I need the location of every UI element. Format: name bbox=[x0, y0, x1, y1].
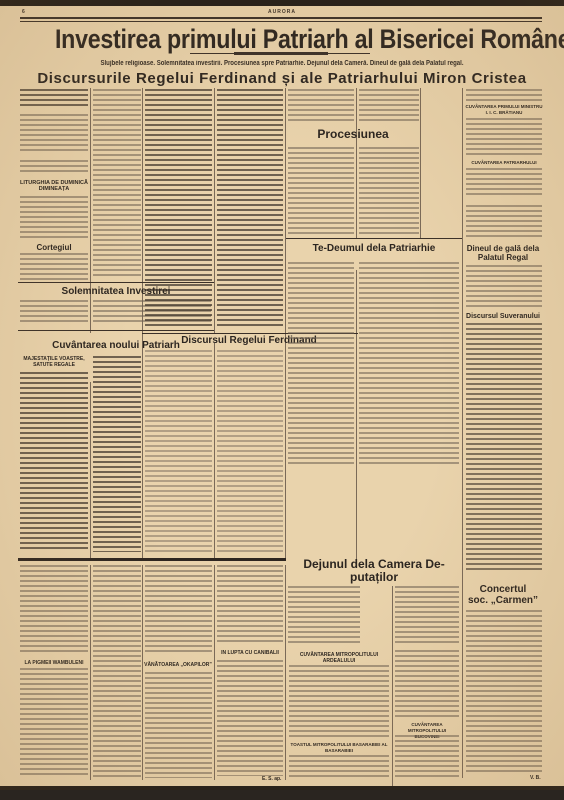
text-block bbox=[217, 565, 283, 645]
section-tedeum: Te-Deumul dela Patriarhie bbox=[286, 243, 462, 254]
text-block bbox=[359, 262, 459, 467]
column-rule bbox=[462, 88, 463, 778]
text-block bbox=[93, 565, 141, 778]
section-concertul: Concertul soc. „Carmen” bbox=[462, 584, 544, 606]
text-block bbox=[288, 147, 354, 235]
deck-line: Slujbele religioase. Solemnitatea invest… bbox=[39, 60, 524, 67]
sovereign-speech-text bbox=[466, 323, 542, 573]
text-block bbox=[395, 586, 459, 644]
section-rule bbox=[18, 330, 214, 331]
text-block bbox=[20, 196, 88, 241]
masthead-rule-thin bbox=[20, 21, 542, 22]
heading-pigmei: LA PIGMEII WAMBULENI bbox=[18, 660, 90, 666]
column-rule bbox=[214, 343, 215, 558]
text-block bbox=[466, 118, 542, 158]
patriarch-speech-text bbox=[93, 356, 141, 552]
text-block bbox=[217, 89, 283, 327]
heading-vanatoarea: VÂNĂTOAREA „OKAPILOR” bbox=[143, 662, 213, 668]
column-rule bbox=[90, 382, 91, 558]
column-rule bbox=[356, 88, 357, 238]
text-block bbox=[20, 253, 88, 280]
column-rule bbox=[392, 586, 393, 786]
text-block bbox=[466, 168, 542, 198]
column-rule bbox=[214, 565, 215, 780]
masthead-rule bbox=[20, 17, 542, 19]
headline-rule-bold bbox=[234, 52, 328, 55]
column-rule bbox=[356, 270, 357, 560]
text-block bbox=[288, 586, 360, 644]
text-block bbox=[359, 147, 419, 235]
column-rule bbox=[285, 565, 286, 780]
concertul-title-line2: soc. „Carmen” bbox=[462, 595, 544, 606]
text-block bbox=[395, 735, 459, 780]
text-block bbox=[466, 205, 542, 240]
column-rule bbox=[420, 88, 421, 238]
text-block bbox=[20, 300, 88, 325]
dejunul-title-line2: putaților bbox=[286, 571, 462, 584]
text-block bbox=[466, 265, 542, 310]
king-speech-text bbox=[217, 350, 283, 555]
main-headline: Investirea primului Patriarh al Biserice… bbox=[55, 24, 509, 55]
column-rule bbox=[214, 88, 215, 333]
column-rule bbox=[90, 565, 91, 780]
majestatile-heading: MAJESTAȚILE VOASTRE, SATUTE REGALE bbox=[18, 356, 90, 368]
signature-article: E. S. ap. bbox=[262, 776, 281, 782]
text-block bbox=[145, 89, 212, 327]
text-block bbox=[20, 565, 88, 655]
section-procesiunea: Procesiunea bbox=[288, 127, 418, 141]
signature-concert: V. B. bbox=[530, 775, 541, 781]
subheadline: Discursurile Regelui Ferdinand și ale Pa… bbox=[0, 70, 564, 87]
text-block bbox=[145, 672, 212, 778]
section-divider bbox=[18, 558, 286, 561]
text-block bbox=[20, 668, 88, 778]
text-block bbox=[466, 610, 542, 775]
text-block bbox=[217, 660, 283, 776]
text-block bbox=[289, 665, 389, 740]
concertul-title-line1: Concertul bbox=[462, 584, 544, 595]
text-block bbox=[20, 114, 88, 154]
column-rule bbox=[142, 565, 143, 780]
masthead: AURORA bbox=[0, 9, 564, 15]
text-block bbox=[289, 755, 389, 780]
heading-cuvantarea-ministru: CUVÂNTAREA PRIMULUI MINISTRU I. I. C. BR… bbox=[464, 104, 544, 116]
scan-border-top bbox=[0, 0, 564, 6]
heading-cuvantarea-patriarh: CUVÂNTAREA PATRIARHULUI bbox=[464, 160, 544, 165]
section-discursul-suveranului: Discursul Suveranului bbox=[462, 313, 544, 320]
section-rule bbox=[286, 238, 462, 239]
heading-mitropolit-ardeal: CUVÂNTAREA MITROPOLITULUI ARDEALULUI bbox=[288, 652, 390, 664]
heading-lupta: IN LUPTA CU CANIBALII bbox=[215, 650, 285, 656]
newspaper-page: 6 AURORA Investirea primului Patriarh al… bbox=[0, 0, 564, 790]
section-dejunul: Dejunul dela Camera De- putaților bbox=[286, 558, 462, 584]
scan-border-bottom bbox=[0, 786, 564, 790]
text-block bbox=[359, 89, 419, 124]
column-rule bbox=[285, 88, 286, 558]
text-block bbox=[466, 89, 542, 103]
text-block bbox=[145, 565, 212, 655]
heading-toast: TOASTUL MITROPOLITULUI BASARABIEI AL BAS… bbox=[288, 742, 390, 754]
patriarch-speech-text bbox=[20, 372, 88, 552]
section-cortegiul: Cortegiul bbox=[18, 243, 90, 252]
king-speech-text bbox=[145, 350, 212, 555]
text-block bbox=[93, 89, 141, 279]
text-block bbox=[288, 89, 354, 124]
lead-paragraph bbox=[20, 89, 88, 109]
text-block bbox=[288, 262, 354, 467]
section-liturghia: LITURGHIA DE DUMINICĂ DIMINEAȚA bbox=[18, 180, 90, 192]
section-dineul: Dineul de gală dela Palatul Regal bbox=[462, 244, 544, 262]
text-block bbox=[395, 650, 459, 720]
text-block bbox=[20, 160, 88, 174]
